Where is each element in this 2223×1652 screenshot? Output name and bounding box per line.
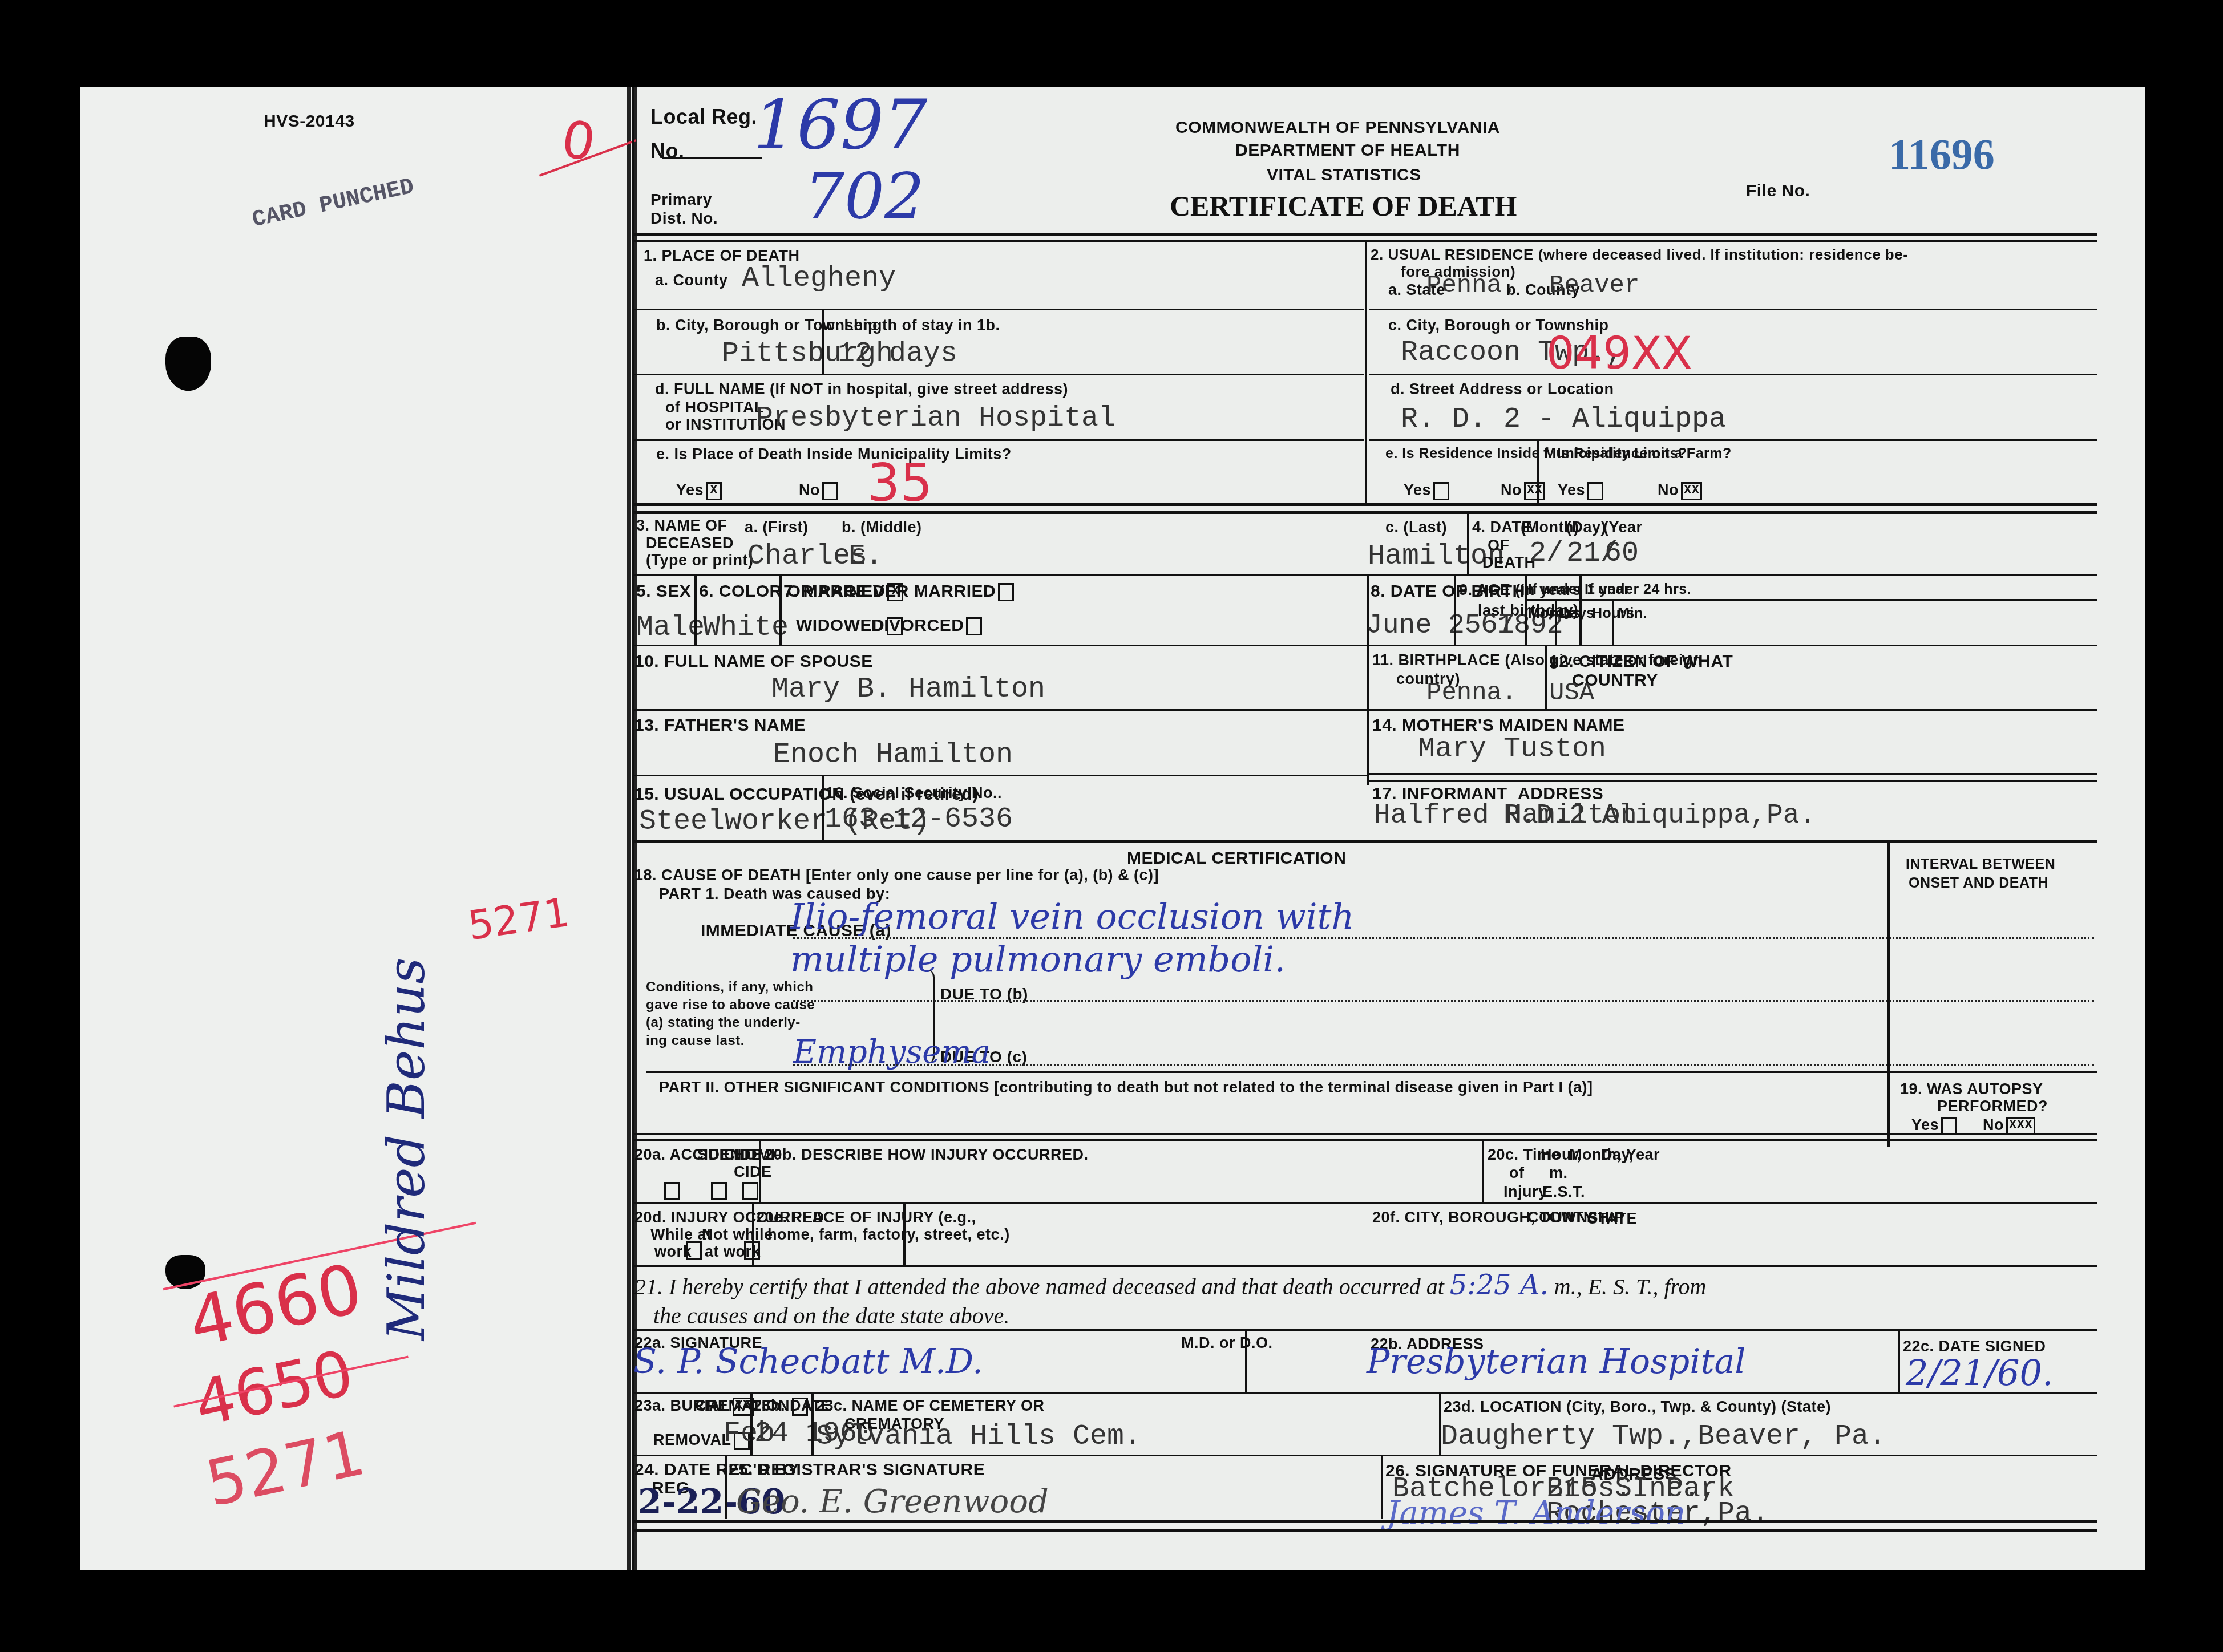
- location-label: 23d. LOCATION (City, Boro., Twp. & Count…: [1444, 1399, 1831, 1416]
- divider-line: [633, 511, 2097, 514]
- sex-label: 5. SEX: [636, 582, 691, 601]
- divider-line: [633, 233, 2097, 236]
- age-value: 67: [1481, 609, 1515, 642]
- autopsy-label: 19. WAS AUTOPSY: [1900, 1081, 2043, 1098]
- registrar-signature: Geo. E. Greenwood: [736, 1483, 1049, 1520]
- divider-line: [1381, 1455, 1383, 1519]
- divider-line: [633, 309, 1364, 310]
- day-label: (Day): [1566, 519, 1606, 536]
- farm-no-checkbox[interactable]: XX: [1681, 482, 1702, 500]
- autopsy-yes-checkbox[interactable]: [1941, 1117, 1957, 1135]
- never-married-option[interactable]: NEVER MARRIED: [848, 582, 1014, 601]
- document-title: CERTIFICATE OF DEATH: [1170, 189, 1517, 222]
- date-signed-value: 2/21/60.: [1906, 1352, 2054, 1394]
- divider-line: [822, 775, 824, 840]
- describe-injury-label: 20b. DESCRIBE HOW INJURY OCCURRED.: [765, 1147, 1089, 1164]
- dotted-line: [793, 1000, 2094, 1002]
- local-reg-label: No.: [650, 140, 685, 163]
- farm-yes-checkbox[interactable]: [1587, 482, 1603, 500]
- homicide-checkbox[interactable]: [742, 1182, 758, 1200]
- physician-address: Presbyterian Hospital: [1367, 1342, 1746, 1382]
- divider-line: [633, 1529, 2097, 1532]
- limits-yes-checkbox[interactable]: [1433, 482, 1449, 500]
- immediate-cause-value: Ilio-femoral vein occlusion with: [790, 896, 1354, 937]
- divider-line: [750, 1392, 753, 1455]
- name-label: 3. NAME OF: [636, 517, 727, 535]
- yes-checkbox[interactable]: X: [706, 482, 722, 500]
- divider-line: [1367, 574, 1369, 785]
- mother-value: Mary Tuston: [1418, 733, 1606, 766]
- divider-line: [633, 1202, 2097, 1204]
- year-label: (Year: [1603, 519, 1643, 536]
- divider-line: [633, 709, 2097, 711]
- injury-county-label: COUNTY: [1527, 1209, 1594, 1226]
- divider-line: [1365, 242, 1367, 505]
- hour-label: m.: [1549, 1165, 1568, 1182]
- autopsy-no-option[interactable]: NoXXX: [1983, 1117, 2035, 1135]
- form-border: [632, 87, 634, 1570]
- divider-line: [633, 775, 1367, 776]
- primary-dist-label: Dist. No.: [650, 210, 718, 228]
- father-label: 13. FATHER'S NAME: [634, 716, 806, 735]
- farm-yes-option[interactable]: Yes: [1558, 482, 1603, 500]
- place-of-injury-label: home, farm, factory, street, etc.): [767, 1226, 1010, 1244]
- divider-line: [1369, 439, 2097, 441]
- registrar-signature-label: 25. REGISTRAR'S SIGNATURE: [729, 1460, 985, 1479]
- county-label: a. County: [655, 272, 728, 289]
- divider-line: [633, 503, 2097, 506]
- divider-line: [752, 1202, 754, 1265]
- primary-dist-label: Primary: [650, 191, 712, 209]
- no-option[interactable]: No: [799, 482, 838, 500]
- divider-line: [1525, 574, 1527, 645]
- divider-line: [633, 1520, 2097, 1523]
- agency-line: DEPARTMENT OF HEALTH: [1235, 141, 1460, 160]
- divider-line: [759, 1139, 761, 1203]
- length-of-stay-value: 12 days: [838, 338, 957, 370]
- divider-line: [1467, 512, 1469, 576]
- divorced-option[interactable]: DIVORCED: [871, 616, 982, 635]
- divider-line: [1525, 599, 2097, 601]
- divider-line: [1369, 780, 2097, 782]
- name-label: DECEASED: [646, 535, 734, 552]
- residence-county-value: Beaver: [1549, 272, 1639, 300]
- punch-hole: [165, 337, 211, 391]
- cemetery-value: Sylvania Hills Cem.: [816, 1420, 1141, 1453]
- cemetery-label: 23c. NAME OF CEMETERY OR: [816, 1398, 1045, 1415]
- yes-option[interactable]: YesX: [676, 482, 722, 500]
- divider-line: [1454, 574, 1456, 645]
- funeral-director-signature: James T. Anderson: [1387, 1495, 1686, 1532]
- divider-line: [1369, 773, 2097, 775]
- first-name-label: a. (First): [745, 519, 809, 536]
- divider-line: [811, 1392, 814, 1455]
- divider-line: [633, 439, 1364, 441]
- birthplace-value: Penna.: [1426, 679, 1517, 707]
- informant-address-value: R.D.2 Aliquippa,Pa.: [1503, 800, 1816, 831]
- divider-line: [1898, 1329, 1900, 1392]
- limits-no-option[interactable]: NoXX: [1501, 482, 1545, 500]
- injury-state-label: STATE: [1587, 1210, 1637, 1228]
- physician-signature: S. P. Schecbatt M.D.: [633, 1342, 983, 1382]
- limits-yes-option[interactable]: Yes: [1404, 482, 1449, 500]
- residence-street-value: R. D. 2 - Aliquippa: [1401, 403, 1726, 436]
- time-of-death-value: 5:25 A.: [1450, 1269, 1549, 1301]
- institution-label: d. FULL NAME (If NOT in hospital, give s…: [655, 381, 1068, 398]
- divider-line: [627, 87, 631, 1570]
- autopsy-yes-option[interactable]: Yes: [1911, 1117, 1957, 1135]
- citizen-label: 12. CITIZEN OF WHAT: [1549, 652, 1733, 671]
- race-value: White: [703, 612, 789, 644]
- agency-line: COMMONWEALTH OF PENNSYLVANIA: [1175, 118, 1500, 137]
- father-value: Enoch Hamilton: [773, 739, 1013, 771]
- middle-name-label: b. (Middle): [842, 519, 921, 536]
- red-code: 049XX: [1546, 328, 1692, 379]
- divider-line: [633, 1392, 2097, 1394]
- citizen-value: USA: [1549, 679, 1594, 707]
- divider-line: [1245, 1329, 1247, 1392]
- ssn-value: 163-12-6536: [824, 803, 1013, 836]
- medical-certification-heading: MEDICAL CERTIFICATION: [1127, 849, 1346, 868]
- under-24-label: If under 24 hrs.: [1585, 582, 1691, 598]
- divorced-checkbox[interactable]: [966, 617, 982, 635]
- agency-line: VITAL STATISTICS: [1267, 165, 1421, 184]
- middle-name-value: E.: [848, 540, 883, 573]
- autopsy-label: PERFORMED?: [1937, 1098, 2048, 1115]
- limits-no-checkbox[interactable]: XX: [1524, 482, 1545, 500]
- institution-label: of HOSPITAL: [665, 399, 764, 416]
- divider-line: [633, 574, 2097, 576]
- stub-panel: [80, 87, 628, 1570]
- not-while-at-work-label: Not while: [702, 1226, 773, 1244]
- divider-line: [633, 1265, 2097, 1267]
- interval-label: ONSET AND DEATH: [1909, 876, 2048, 892]
- death-county-value: Allegheny: [742, 262, 896, 295]
- place-of-injury-label: 20e. PLACE OF INJURY (e.g.,: [756, 1209, 976, 1226]
- file-no-label: File No.: [1746, 181, 1810, 200]
- death-year-value: 60: [1604, 537, 1639, 570]
- local-reg-label: Local Reg.: [650, 106, 757, 128]
- form-code: HVS-20143: [264, 112, 355, 131]
- no-checkbox[interactable]: [822, 482, 838, 500]
- divider-line: [1545, 645, 1547, 710]
- divider-line: [1555, 599, 1557, 645]
- divider-line: [1369, 309, 2097, 310]
- vertical-signature: Mildred Behus: [377, 958, 436, 1341]
- underline: [662, 157, 762, 159]
- divider-line: [1612, 599, 1614, 645]
- date-of-death-label: DEATH: [1482, 554, 1536, 572]
- md-do-label: M.D. or D.O.: [1181, 1335, 1273, 1352]
- divider-line: [1887, 840, 1890, 1147]
- never-married-checkbox[interactable]: [998, 583, 1014, 601]
- accident-checkbox[interactable]: [664, 1182, 680, 1200]
- immediate-cause-continued: multiple pulmonary emboli.: [790, 938, 1286, 980]
- conditions-text: Conditions, if any, which gave rise to a…: [646, 978, 815, 1050]
- autopsy-no-checkbox[interactable]: XXX: [2006, 1117, 2035, 1135]
- mother-label: 14. MOTHER'S MAIDEN NAME: [1372, 716, 1625, 735]
- file-number-stamp: 11696: [1889, 130, 1995, 180]
- divider-line: [779, 574, 782, 645]
- dotted-line: [793, 1064, 2094, 1066]
- time-of-injury-label: Injury: [1503, 1184, 1547, 1201]
- institution-value: Presbyterian Hospital: [756, 402, 1115, 435]
- date-of-death-label: OF: [1488, 537, 1510, 554]
- divider-line: [633, 1133, 2097, 1135]
- interval-label: INTERVAL BETWEEN: [1906, 857, 2055, 873]
- farm-no-option[interactable]: NoXX: [1658, 482, 1702, 500]
- homicide-label: CIDE: [734, 1164, 772, 1181]
- inside-limits-label: e. Is Place of Death Inside Municipality…: [656, 446, 1012, 463]
- spouse-value: Mary B. Hamilton: [771, 673, 1045, 706]
- time-of-injury-label: of: [1509, 1165, 1524, 1182]
- suicide-checkbox[interactable]: [711, 1182, 727, 1200]
- min-label: Min.: [1618, 606, 1647, 622]
- divider-line: [633, 840, 2097, 843]
- cause-of-death-label: 18. CAUSE OF DEATH [Enter only one cause…: [634, 867, 1159, 884]
- days-label: Days: [1559, 606, 1595, 622]
- while-at-work-checkbox[interactable]: [686, 1241, 702, 1260]
- hour-label: E.S.T.: [1542, 1184, 1585, 1201]
- divider-line: [646, 1071, 2097, 1073]
- residence-heading: 2. USUAL RESIDENCE (where deceased lived…: [1371, 246, 1908, 263]
- part2-label: PART II. OTHER SIGNIFICANT CONDITIONS [c…: [659, 1079, 1593, 1096]
- certification-text: 21. I hereby certify that I attended the…: [634, 1269, 1706, 1301]
- year-label: Year: [1626, 1147, 1660, 1164]
- divider-line: [694, 574, 697, 645]
- divider-line: [633, 1139, 2097, 1141]
- divider-line: [633, 374, 1364, 375]
- divider-line: [633, 645, 2097, 646]
- residence-state-value: Penna.: [1426, 272, 1517, 300]
- divider-line: [725, 1455, 727, 1519]
- name-label: (Type or print): [646, 552, 753, 569]
- ssn-label: 16. Social Security No..: [826, 785, 1002, 802]
- street-label: d. Street Address or Location: [1391, 381, 1614, 398]
- certification-text: the causes and on the date state above.: [653, 1302, 1009, 1329]
- last-name-label: c. (Last): [1385, 519, 1447, 536]
- farm-label: f. Is Residence on a Farm?: [1543, 446, 1732, 462]
- length-of-stay-label: c. Length of stay in 1b.: [826, 317, 1000, 334]
- location-value: Daugherty Twp.,Beaver, Pa.: [1441, 1420, 1886, 1453]
- spouse-label: 10. FULL NAME OF SPOUSE: [634, 652, 873, 671]
- divider-line: [633, 1329, 2097, 1331]
- death-month-value: 2/: [1529, 537, 1563, 570]
- divider-line: [903, 1202, 906, 1265]
- divider-line: [822, 309, 824, 375]
- divider-line: [1369, 374, 2097, 375]
- divider-line: [1482, 1139, 1484, 1203]
- primary-dist-number: 702: [805, 160, 924, 233]
- local-reg-number: 1697: [753, 86, 927, 165]
- divider-line: [633, 1455, 2097, 1456]
